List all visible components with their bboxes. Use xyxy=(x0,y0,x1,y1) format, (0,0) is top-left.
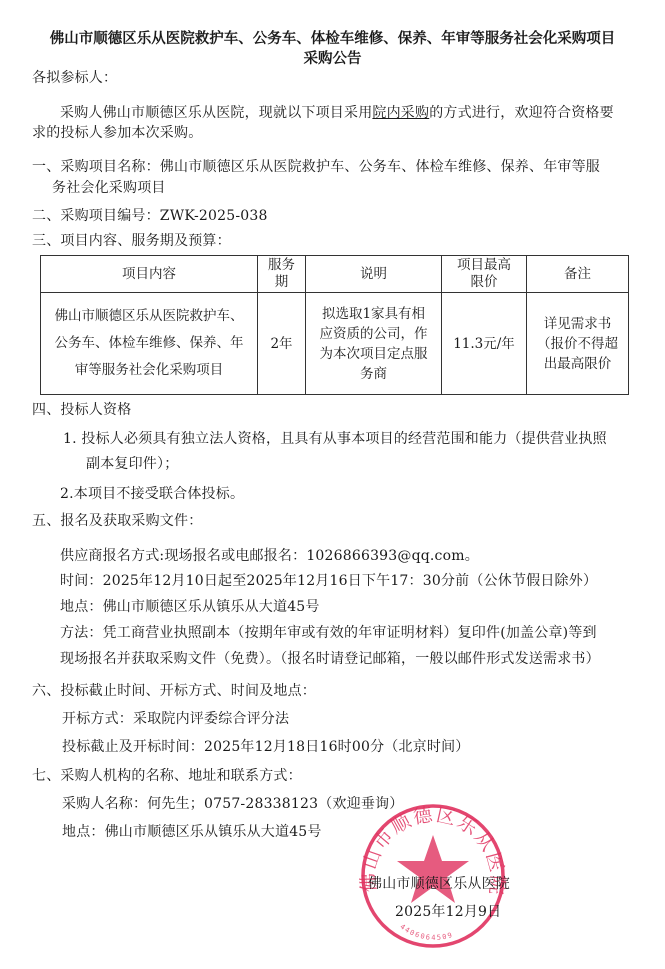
header-max-price: 项目最高限价 xyxy=(442,256,527,293)
cell-remark: 详见需求书 （报价不得超 出最高限价 xyxy=(527,293,629,395)
header-period: 服务期 xyxy=(258,256,306,293)
cell-description: 拟选取1家具有相 应资质的公司，作 为本次项目定点服 务商 xyxy=(306,293,442,395)
cell-max-price: 11.3元/年 xyxy=(442,293,527,395)
purchaser-contact: 采购人名称：何先生；0757-28338123（欢迎垂询） xyxy=(62,793,403,813)
header-description: 说明 xyxy=(306,256,442,293)
registration-location: 地点：佛山市顺德区乐从镇乐从大道45号 xyxy=(60,596,320,616)
svg-text:4406064509: 4406064509 xyxy=(398,923,454,942)
header-remark: 备注 xyxy=(527,256,629,293)
section-3-heading: 三、项目内容、服务期及预算： xyxy=(32,230,231,250)
cell-content: 佛山市顺德区乐从医院救护车、 公务车、体检车维修、保养、年 审等服务社会化采购项… xyxy=(41,293,258,395)
procurement-method: 院内采购 xyxy=(372,105,429,121)
table-header-row: 项目内容 服务期 说明 项目最高限价 备注 xyxy=(41,256,629,293)
section-4-item-1: 1. 投标人必须具有独立法人资格，且具有从事本项目的经营范围和能力（提供营业执照 xyxy=(63,428,607,448)
signature-date: 2025年12月9日 xyxy=(395,901,501,921)
table-row: 佛山市顺德区乐从医院救护车、 公务车、体检车维修、保养、年 审等服务社会化采购项… xyxy=(41,293,629,395)
registration-method: 供应商报名方式:现场报名或电邮报名：1026866393@qq.com。 xyxy=(60,545,479,565)
registration-procedure: 方法：凭工商营业执照副本（按期年审或有效的年审证明材料）复印件(加盖公章)等到 xyxy=(60,622,597,642)
section-4-item-2: 2.本项目不接受联合体投标。 xyxy=(60,483,244,503)
registration-procedure-cont: 现场报名并获取采购文件（免费）。（报名时请登记邮箱，一般以邮件形式发送需求书） xyxy=(60,648,600,668)
header-content: 项目内容 xyxy=(41,256,258,293)
section-5-heading: 五、报名及获取采购文件： xyxy=(32,510,202,530)
section-7-heading: 七、采购人机构的名称、地址和联系方式： xyxy=(32,765,302,785)
intro-paragraph-line1: 采购人佛山市顺德区乐从医院，现就以下项目采用院内采购的方式进行，欢迎符合资格要 xyxy=(60,102,614,122)
cell-period: 2年 xyxy=(258,293,306,395)
section-2-project-number: 二、采购项目编号：ZWK-2025-038 xyxy=(32,205,268,225)
procurement-table: 项目内容 服务期 说明 项目最高限价 备注 佛山市顺德区乐从医院救护车、 公务车… xyxy=(40,255,629,395)
bid-deadline: 投标截止及开标时间：2025年12月18日16时00分（北京时间） xyxy=(62,736,470,756)
section-6-heading: 六、投标截止时间、开标方式、时间及地点： xyxy=(32,680,316,700)
intro-text-post: 的方式进行，欢迎符合资格要 xyxy=(429,105,614,121)
salutation: 各拟参标人： xyxy=(32,67,117,87)
section-4-item-1-cont: 副本复印件）； xyxy=(86,453,178,473)
section-1-project-name: 一、采购项目名称：佛山市顺德区乐从医院救护车、公务车、体检车维修、保养、年审等服 xyxy=(32,156,600,176)
registration-time: 时间：2025年12月10日起至2025年12月16日下午17：30分前（公休节… xyxy=(60,570,597,590)
intro-text-pre: 采购人佛山市顺德区乐从医院，现就以下项目采用 xyxy=(60,105,372,121)
section-4-heading: 四、投标人资格 xyxy=(32,399,131,419)
bid-opening-method: 开标方式：采取院内评委综合评分法 xyxy=(62,708,289,728)
signature-organization: 佛山市顺德区乐从医院 xyxy=(368,873,510,893)
section-1-project-name-cont: 务社会化采购项目 xyxy=(52,177,166,197)
document-title: 佛山市顺德区乐从医院救护车、公务车、体检车维修、保养、年审等服务社会化采购项目 xyxy=(0,27,665,48)
document-subtitle: 采购公告 xyxy=(0,47,665,68)
purchaser-address: 地点：佛山市顺德区乐从镇乐从大道45号 xyxy=(62,821,322,841)
intro-paragraph-line2: 求的投标人参加本次采购。 xyxy=(32,122,202,142)
